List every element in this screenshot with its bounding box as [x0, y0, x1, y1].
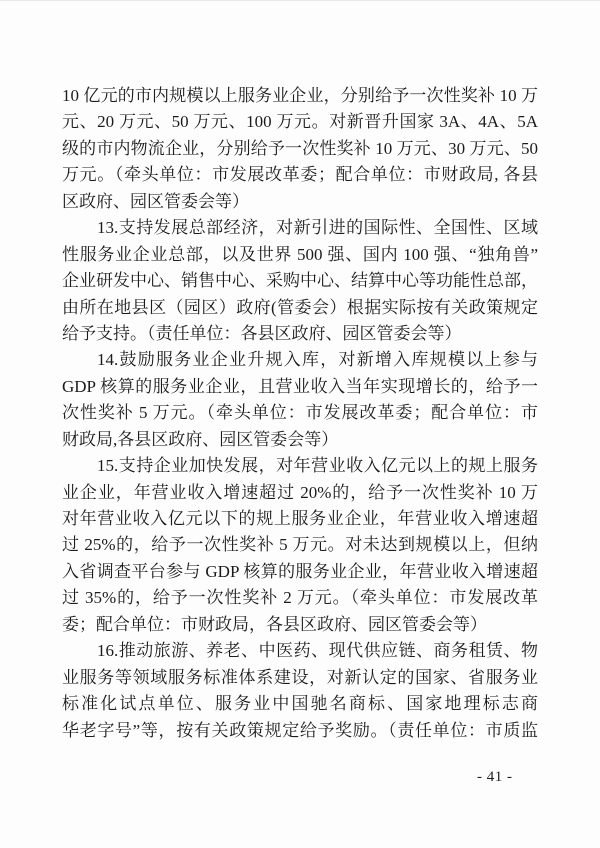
text-line: 业企业，年营业收入增速超过 20%的，给予一次性奖补 10 万元。 [62, 480, 538, 506]
text-line: 级的市内物流企业，分别给予一次性奖补 10 万元、30 万元、50 [62, 136, 538, 162]
text-line: 10 亿元的市内规模以上服务业企业，分别给予一次性奖补 10 万 [62, 83, 538, 109]
text-line: 委；配合单位：市财政局，各县区政府、园区管委会等） [62, 612, 538, 638]
text-line: 标准化试点单位、服务业中国驰名商标、国家地理标志商标、“中 [62, 691, 538, 717]
page-number: - 41 - [477, 769, 513, 786]
text-line: 由所在地县区（园区）政府(管委会）根据实际按有关政策规定 [62, 295, 538, 321]
text-line: 入省调查平台参与 GDP 核算的服务业企业，年营业收入增速超 [62, 559, 538, 585]
text-line: 次性奖补 5 万元。（牵头单位：市发展改革委；配合单位：市 [62, 400, 538, 426]
document-page: 10 亿元的市内规模以上服务业企业，分别给予一次性奖补 10 万 元、20 万元… [0, 0, 600, 848]
text-line: 元、20 万元、50 万元、100 万元。对新晋升国家 3A、4A、5A [62, 109, 538, 135]
text-line: 对年营业收入亿元以下的规上服务业企业，年营业收入增速超 [62, 506, 538, 532]
text-line: 万元。（牵头单位：市发展改革委；配合单位：市财政局, 各县 [62, 162, 538, 188]
text-line: 13.支持发展总部经济，对新引进的国际性、全国性、区域 [62, 215, 538, 241]
text-line: 区政府、园区管委会等） [62, 189, 538, 215]
text-line: 15.支持企业加快发展，对年营业收入亿元以上的规上服务 [62, 453, 538, 479]
text-line: 华老字号”等，按有关政策规定给予奖励。（责任单位：市质监局、 [62, 718, 538, 744]
text-block: 10 亿元的市内规模以上服务业企业，分别给予一次性奖补 10 万 元、20 万元… [62, 83, 538, 744]
text-line: 性服务业企业总部，以及世界 500 强、国内 100 强、“独角兽” [62, 242, 538, 268]
text-line: 企业研发中心、销售中心、采购中心、结算中心等功能性总部， [62, 268, 538, 294]
text-line: 16.推动旅游、养老、中医药、现代供应链、商务租赁、物 [62, 638, 538, 664]
text-line: 14.鼓励服务业企业升规入库，对新增入库规模以上参与 [62, 347, 538, 373]
text-line: 财政局,各县区政府、园区管委会等） [62, 427, 538, 453]
text-line: 给予支持。（责任单位：各县区政府、园区管委会等） [62, 321, 538, 347]
text-line: GDP 核算的服务业企业，且营业收入当年实现增长的，给予一 [62, 374, 538, 400]
text-line: 过 25%的，给予一次性奖补 5 万元。对未达到规模以上，但纳 [62, 532, 538, 558]
text-line: 过 35%的，给予一次性奖补 2 万元。（牵头单位：市发展改革 [62, 585, 538, 611]
text-line: 业服务等领域服务标准体系建设，对新认定的国家、省服务业 [62, 665, 538, 691]
